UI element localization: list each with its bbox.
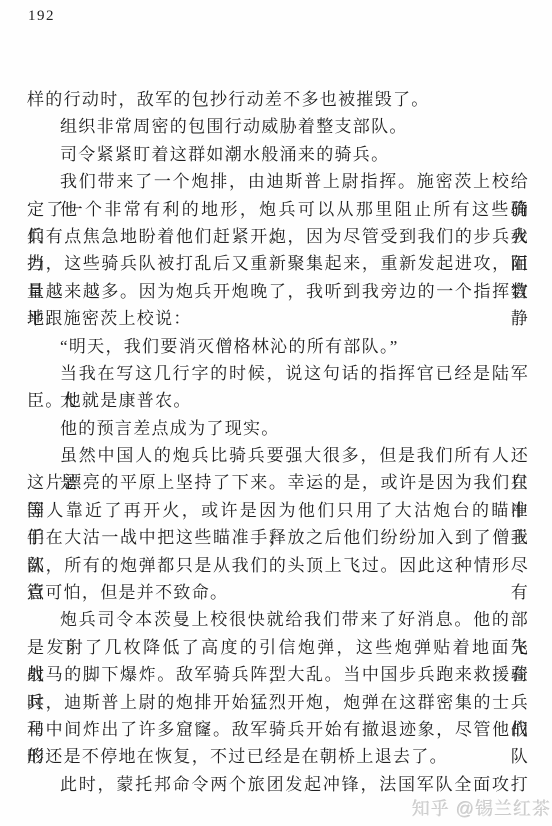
text-line: “明天，我们要消灭僧格林沁的所有部队。” — [27, 333, 529, 360]
text-line: 马中间炸出了许多窟窿。敌军骑兵开始有撤退迹象，尽管他们的队 — [27, 716, 529, 743]
text-line: 组织非常周密的包围行动威胁着整支部队。 — [27, 113, 529, 140]
page-number: 192 — [28, 8, 55, 25]
text-line: 们在大沽一战中把这些瞄准手释放之后他们纷纷加入到了僧王部 — [27, 524, 529, 551]
text-line: 这片漂亮的平原上坚持了下来。幸运的是，或许是因为我们只等中 — [27, 469, 529, 496]
text-line: 挡，这些骑兵队被打乱后又重新聚集起来，重新发起进攻，而且数 — [27, 250, 529, 277]
text-line: 队，所有的炮弹都只是从我们的头顶上飞过。因此这种情形尽管有 — [27, 552, 529, 579]
text-line: 他的预言差点成为了现实。 — [27, 415, 529, 442]
text-line: 臣。他就是康普农。 — [27, 387, 529, 414]
text-line: 是发射了几枚降低了高度的引信炮弹，这些炮弹贴着地面飞射，在 — [27, 634, 529, 661]
text-line: 时，迪斯普上尉的炮排开始猛烈开炮，炮弹在这群密集的士兵和战 — [27, 689, 529, 716]
text-block: 样的行动时，敌军的包抄行动差不多也被摧毁了。组织非常周密的包围行动威胁着整支部队… — [27, 86, 529, 798]
text-line: 战马的脚下爆炸。敌军骑兵阵型大乱。当中国步兵跑来救援骑兵 — [27, 661, 529, 688]
text-line: 炮兵司令本茨曼上校很快就给我们带来了好消息。他的部下先 — [27, 606, 529, 633]
text-line: 我们带来了一个炮排，由迪斯普上尉指挥。施密茨上校给他确 — [27, 168, 529, 195]
text-line: 国人靠近了再开火，或许是因为他们只用了大沽炮台的瞄准手，我 — [27, 497, 529, 524]
text-line: 虽然中国人的炮兵比骑兵要强大很多，但是我们所有人还是在 — [27, 442, 529, 469]
text-line: 量越来越多。因为炮兵开炮晚了，我听到我旁边的一个指挥官平静 — [27, 278, 529, 305]
text-line: 当我在写这几行字的时候，说这句话的指挥官已经是陆军大 — [27, 360, 529, 387]
book-page: 192 样的行动时，敌军的包抄行动差不多也被摧毁了。组织非常周密的包围行动威胁着… — [0, 0, 552, 826]
text-line: 定了一个非常有利的地形，炮兵可以从那里阻止所有这些骑兵。我 — [27, 196, 529, 223]
watermark: 知乎 @锡兰红茶 — [412, 795, 551, 821]
text-line: 们有点焦急地盼着他们赶紧开炮，因为尽管受到我们的步兵火力阻 — [27, 223, 529, 250]
text-line: 司令紧紧盯着这群如潮水般涌来的骑兵。 — [27, 141, 529, 168]
text-line: 样的行动时，敌军的包抄行动差不多也被摧毁了。 — [27, 86, 529, 113]
